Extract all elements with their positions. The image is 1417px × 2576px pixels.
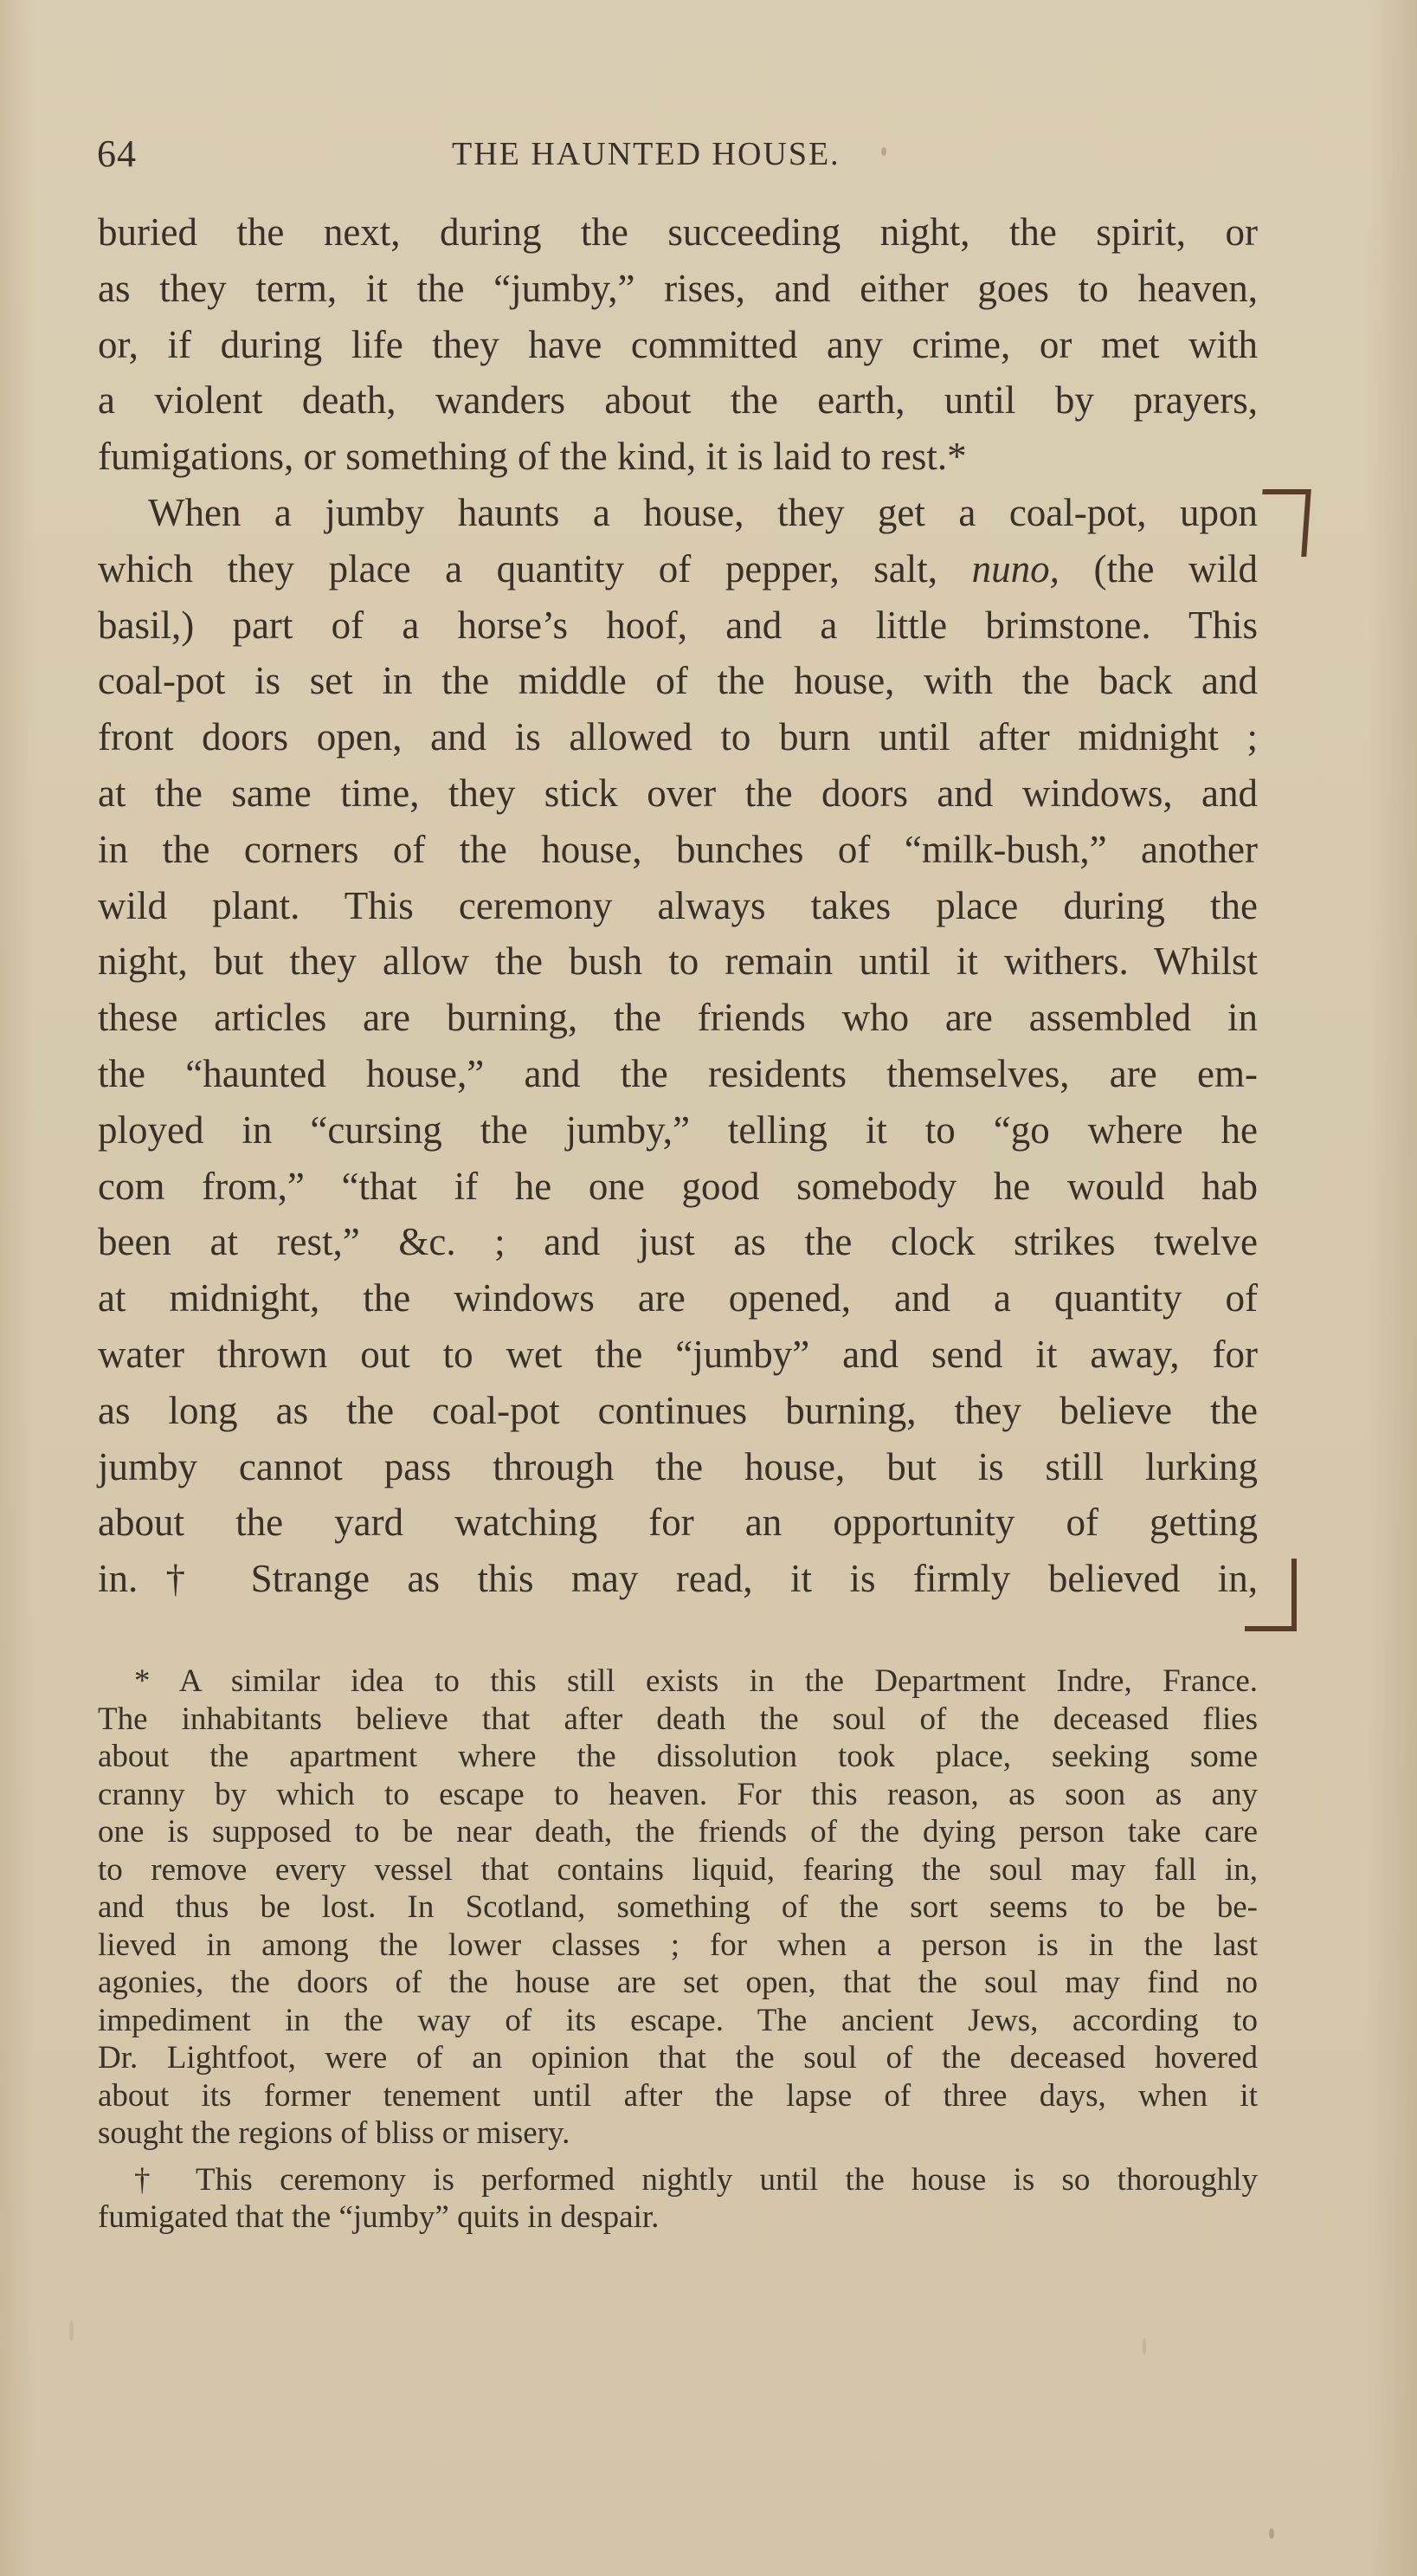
body-line: ployed in “cursing the jumby,” telling i… — [98, 1102, 1258, 1159]
footnote-line: about its former tenement until after th… — [98, 2077, 1258, 2115]
paper-speck — [881, 147, 886, 156]
footnote-line: † This ceremony is performed nightly unt… — [98, 2161, 1258, 2199]
body-line: fumigations, or something of the kind, i… — [98, 429, 1258, 485]
body-line: com from,” “that if he one good somebody… — [98, 1159, 1258, 1215]
body-line: at midnight, the windows are opened, and… — [98, 1270, 1258, 1327]
footnote-line: fumigated that the “jumby” quits in desp… — [98, 2198, 1258, 2237]
body-line: water thrown out to wet the “jumby” and … — [98, 1327, 1258, 1383]
body-line: front doors open, and is allowed to burn… — [98, 709, 1258, 765]
footnote-asterisk: * A similar idea to this still exists in… — [98, 1662, 1258, 2153]
body-line: about the yard watching for an opportuni… — [98, 1495, 1258, 1551]
body-line: in the corners of the house, bunches of … — [98, 822, 1258, 878]
footnote-line: impediment in the way of its escape. The… — [98, 2002, 1258, 2040]
body-line-text: which they place a quantity of pepper, s… — [98, 547, 937, 591]
footnotes: * A similar idea to this still exists in… — [98, 1662, 1258, 2237]
footnote-line: one is supposed to be near death, the fr… — [98, 1813, 1258, 1851]
running-title: THE HAUNTED HOUSE. — [452, 128, 841, 180]
footnote-line: The inhabitants believe that after death… — [98, 1701, 1258, 1739]
paragraph-start-line: When a jumby haunts a house, they get a … — [98, 485, 1258, 541]
body-line: in.† Strange as this may read, it is fir… — [98, 1551, 1258, 1607]
body-line-text: (the wild — [1093, 547, 1258, 591]
body-line: at the same time, they stick over the do… — [98, 765, 1258, 822]
body-line: a violent death, wanders about the earth… — [98, 372, 1258, 429]
body-text: buried the next, during the succeeding n… — [98, 204, 1258, 1607]
body-line: these articles are burning, the friends … — [98, 990, 1258, 1046]
paper-speck — [1269, 2528, 1274, 2539]
body-line: wild plant. This ceremony always takes p… — [98, 878, 1258, 934]
paper-speck — [1143, 2338, 1146, 2355]
footnote-line: to remove every vessel that contains liq… — [98, 1851, 1258, 1889]
book-page: 64 THE HAUNTED HOUSE. buried the next, d… — [0, 0, 1417, 2576]
body-line: been at rest,” &c. ; and just as the clo… — [98, 1214, 1258, 1270]
footnote-line: and thus be lost. In Scotland, something… — [98, 1888, 1258, 1927]
body-line: the “haunted house,” and the residents t… — [98, 1046, 1258, 1102]
body-line: basil,) part of a horse’s hoof, and a li… — [98, 597, 1258, 654]
footnote-dagger: † This ceremony is performed nightly unt… — [98, 2161, 1258, 2237]
footnote-line: Dr. Lightfoot, were of an opinion that t… — [98, 2039, 1258, 2077]
page-number: 64 — [97, 128, 137, 180]
body-line: or, if during life they have committed a… — [98, 317, 1258, 373]
margin-bracket-close-mark — [1245, 1559, 1297, 1631]
body-line-with-italic: which they place a quantity of pepper, s… — [98, 541, 1258, 597]
footnote-line: about the apartment where the dissolutio… — [98, 1738, 1258, 1776]
footnote-line: lieved in among the lower classes ; for … — [98, 1927, 1258, 1965]
body-line: as they term, it the “jumby,” rises, and… — [98, 261, 1258, 317]
margin-bracket-open-mark — [1258, 489, 1311, 557]
body-line: coal-pot is set in the middle of the hou… — [98, 653, 1258, 709]
body-line: as long as the coal-pot continues burnin… — [98, 1383, 1258, 1439]
page-header: 64 THE HAUNTED HOUSE. — [97, 128, 1257, 180]
footnote-line: sought the regions of bliss or misery. — [98, 2114, 1258, 2153]
footnote-line: * A similar idea to this still exists in… — [98, 1662, 1258, 1701]
footnote-spacer — [98, 2153, 1258, 2161]
body-line: buried the next, during the succeeding n… — [98, 204, 1258, 261]
footnote-line: cranny by which to escape to heaven. For… — [98, 1776, 1258, 1814]
paper-speck — [69, 2321, 74, 2341]
italic-term-nuno: nuno, — [972, 547, 1060, 591]
body-line: night, but they allow the bush to remain… — [98, 933, 1258, 990]
body-line: jumby cannot pass through the house, but… — [98, 1439, 1258, 1495]
footnote-line: agonies, the doors of the house are set … — [98, 1964, 1258, 2002]
